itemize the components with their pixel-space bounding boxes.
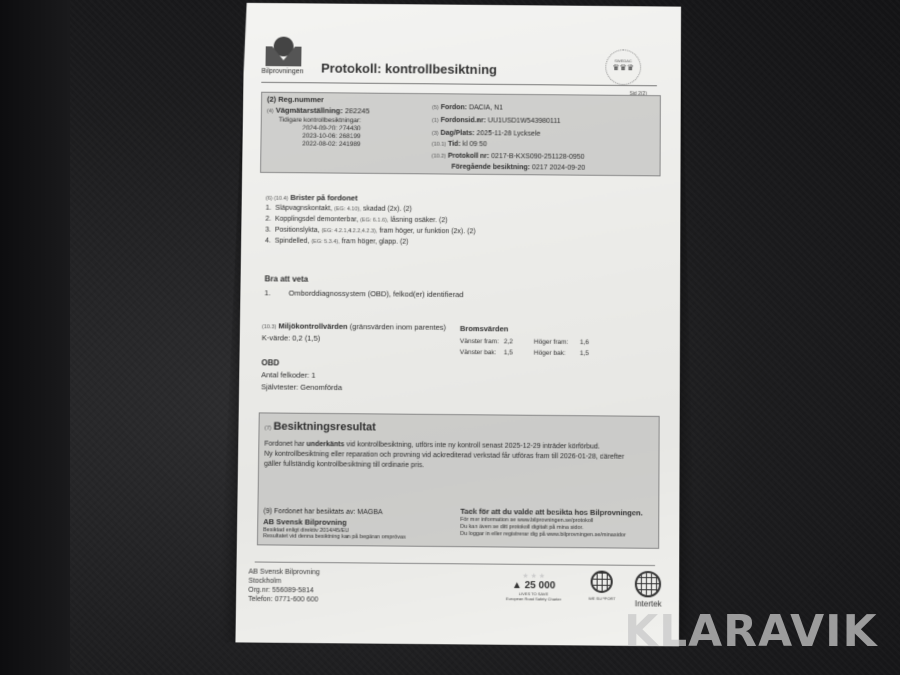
brake-value: Vänster bak: bbox=[460, 349, 497, 356]
previous-inspection: 2023-10-06: 268199 bbox=[302, 133, 360, 140]
previous-inspections-label: Tidigare kontrollbesiktningar: bbox=[279, 117, 362, 125]
previous-inspection: 2024-09-20: 274430 bbox=[302, 125, 360, 132]
obd-self-tests: Självtester: Genomförda bbox=[261, 382, 342, 392]
defect-item: 2. Kopplingsdel demonterbar, (EG: 6.1.6)… bbox=[265, 216, 447, 225]
odometer: (4) Vägmätarställning: 282245 bbox=[267, 106, 370, 116]
brake-value: 1,6 bbox=[580, 339, 589, 346]
vehicle-field: (10.1) Tid: kl 09:50 bbox=[432, 141, 487, 148]
defect-item: 3. Positionslykta, (EG: 4.2.1,4.2.2,4.2.… bbox=[265, 227, 475, 236]
k-value: K-värde: 0,2 (1,5) bbox=[262, 333, 320, 343]
swedac-accreditation-icon: SWEDAC ♛♛♛ bbox=[605, 49, 641, 85]
obd-fault-codes: Antal felkoder: 1 bbox=[261, 370, 315, 379]
brake-value: 1,5 bbox=[580, 350, 589, 357]
brakes-heading: Bromsvärden bbox=[460, 324, 508, 333]
divider bbox=[255, 562, 655, 567]
logo-text: Bilprovningen bbox=[261, 68, 303, 75]
info-line: Du kan även se ditt protokoll digitalt p… bbox=[460, 524, 583, 531]
road-safety-charter-logo-icon: ★ ★ ★ ▲ 25 000 LIVES TO SAVE European Ro… bbox=[506, 572, 561, 602]
brake-value: Vänster fram: bbox=[460, 338, 499, 345]
good-to-know-item: 1.Omborddiagnossystem (OBD), felkod(er) … bbox=[264, 288, 463, 299]
vehicle-field: (5) Fordon: DACIA, N1 bbox=[432, 104, 503, 112]
footer-address: AB Svensk Bilprovning Stockholm Org.nr: … bbox=[248, 568, 320, 605]
klaravik-watermark: KLARAVIK bbox=[624, 606, 878, 657]
result-heading: (7) Besiktningsresultat bbox=[264, 420, 375, 433]
divider bbox=[261, 82, 657, 86]
defect-item: 1. Släpvagnskontakt, (EG: 4.10), skadad … bbox=[265, 205, 411, 213]
result-line: gäller fullständig kontrollbesiktning ti… bbox=[264, 461, 424, 469]
good-to-know-heading: Bra att veta bbox=[265, 274, 309, 283]
info-line: För mer information se www.bilprovningen… bbox=[460, 517, 593, 524]
previous-inspection: 2022-08-02: 241989 bbox=[302, 141, 360, 148]
obd-heading: OBD bbox=[261, 358, 279, 367]
vehicle-field: (3) Dag/Plats: 2025-11-28 Lycksele bbox=[432, 130, 541, 138]
inspector: (9) Fordonet har besiktats av: MAGBA bbox=[263, 508, 382, 516]
brake-value: 1,5 bbox=[504, 349, 513, 356]
vehicle-field: Föregående besiktning: 0217 2024-09-20 bbox=[451, 164, 585, 172]
global-compact-logo-icon: WE SUPPORT bbox=[588, 571, 615, 602]
appeal-note: Resultatet vid denna besiktning kan på b… bbox=[263, 533, 406, 540]
brake-value: Höger bak: bbox=[534, 350, 566, 357]
company-name: AB Svensk Bilprovning bbox=[263, 517, 346, 527]
intertek-logo-icon: Intertek bbox=[635, 571, 662, 609]
document-title: Protokoll: kontrollbesiktning bbox=[321, 61, 497, 77]
vehicle-field: (1) Fordonsid.nr: UU1USD1W543980111 bbox=[432, 117, 561, 125]
reg-number-label: (2) Reg.nummer bbox=[267, 95, 324, 104]
thanks-text: Tack för att du valde att besikta hos Bi… bbox=[460, 507, 642, 518]
bilprovningen-logo-icon bbox=[265, 37, 301, 71]
brake-value: Höger fram: bbox=[534, 339, 568, 346]
background-shadow bbox=[0, 0, 70, 675]
brake-value: 2,2 bbox=[504, 338, 513, 345]
defect-item: 4. Spindelled, (EG: 5.3.4), fram höger, … bbox=[265, 238, 408, 246]
inspection-protocol-document: Bilprovningen Protokoll: kontrollbesiktn… bbox=[235, 3, 681, 646]
defects-heading: (6) (10.4) Brister på fordonet bbox=[266, 193, 358, 203]
vehicle-field: (10.2) Protokoll nr: 0217-B-KXS090-25112… bbox=[432, 153, 585, 161]
emissions-heading: (10.3) Miljökontrollvärden (gränsvärden … bbox=[262, 321, 446, 332]
